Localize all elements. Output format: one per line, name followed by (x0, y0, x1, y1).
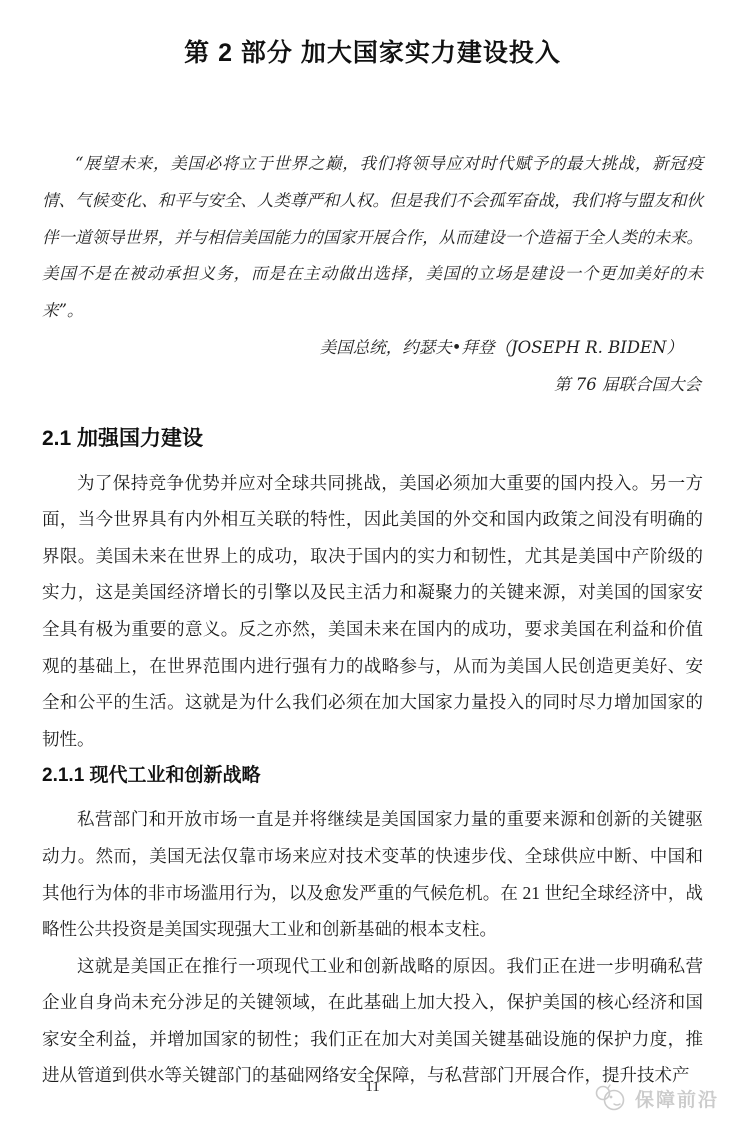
subsection-paragraph-1: 私营部门和开放市场一直是并将继续是美国国家力量的重要来源和创新的关键驱动力。然而… (42, 801, 703, 947)
quote-attribution-name: 美国总统，约瑟夫•拜登（JOSEPH R. BIDEN） (42, 330, 703, 367)
section-heading-2-1: 2.1 加强国力建设 (42, 425, 703, 453)
page-title: 第 2 部分 加大国家实力建设投入 (42, 0, 703, 70)
subsection-paragraph-2: 这就是美国正在推行一项现代工业和创新战略的原因。我们正在进一步明确私营企业自身尚… (42, 948, 703, 1094)
section-paragraph: 为了保持竞争优势并应对全球共同挑战，美国必须加大重要的国内投入。另一方面，当今世… (42, 465, 703, 758)
subsection-heading-2-1-1: 2.1.1 现代工业和创新战略 (42, 763, 703, 789)
quote-attribution-event: 第 76 届联合国大会 (42, 367, 703, 404)
watermark-label: 保障前沿 (635, 1085, 719, 1112)
document-page: 第 2 部分 加大国家实力建设投入 “展望未来，美国必将立于世界之巅，我们将领导… (0, 0, 745, 1124)
quote-text: “展望未来，美国必将立于世界之巅，我们将领导应对时代赋予的最大挑战，新冠疫情、气… (42, 146, 703, 330)
watermark: 保障前沿 (594, 1084, 719, 1112)
mascot-icon (594, 1084, 630, 1112)
quote-block: “展望未来，美国必将立于世界之巅，我们将领导应对时代赋予的最大挑战，新冠疫情、气… (42, 146, 703, 404)
